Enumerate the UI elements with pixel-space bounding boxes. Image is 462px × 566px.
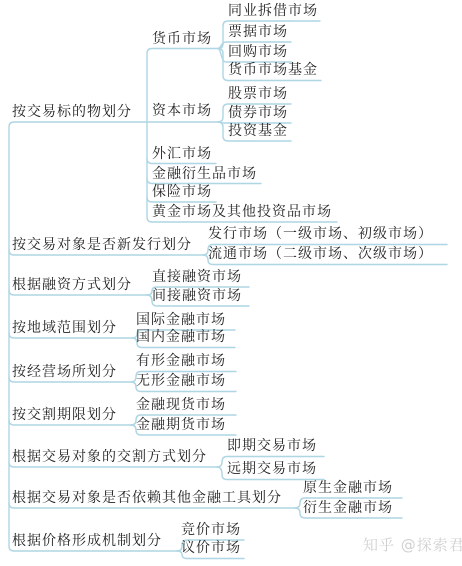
node-direct-financing-market[interactable]: 直接融资市场 [152, 270, 242, 285]
node-bill-market[interactable]: 票据市场 [228, 25, 288, 40]
zhihu-watermark: 知乎 @探索君 [363, 537, 462, 553]
node-financial-futures-market[interactable]: 金融期货市场 [136, 418, 226, 433]
node-tangible-financial-market[interactable]: 有形金融市场 [136, 354, 226, 369]
node-financial-derivatives-market[interactable]: 金融衍生品市场 [152, 167, 257, 182]
node-circulation-market[interactable]: 流通市场（二级市场、次级市场） [208, 247, 433, 262]
node-classification-by-delivery-method[interactable]: 根据交易对象的交割方式划分 [12, 450, 207, 465]
node-repo-market[interactable]: 回购市场 [228, 45, 288, 60]
node-forward-trading-market[interactable]: 远期交易市场 [227, 462, 317, 477]
node-classification-by-financing-method[interactable]: 根据融资方式划分 [12, 278, 132, 293]
node-indirect-financing-market[interactable]: 间接融资市场 [152, 289, 242, 304]
node-interbank-lending-market[interactable]: 同业拆借市场 [228, 4, 318, 19]
node-issuance-market[interactable]: 发行市场（一级市场、初级市场） [208, 227, 433, 242]
node-capital-market[interactable]: 资本市场 [152, 104, 212, 119]
node-primary-financial-market[interactable]: 原生金融市场 [303, 481, 393, 496]
node-auction-price-market[interactable]: 竞价市场 [181, 523, 241, 538]
node-stock-market[interactable]: 股票市场 [228, 87, 288, 102]
node-spot-trading-market[interactable]: 即期交易市场 [227, 439, 317, 454]
node-classification-by-instrument-dependence[interactable]: 根据交易对象是否依赖其他金融工具划分 [12, 491, 282, 506]
node-classification-by-new-issuance[interactable]: 按交易对象是否新发行划分 [12, 238, 192, 253]
node-insurance-market[interactable]: 保险市场 [152, 185, 212, 200]
node-investment-fund[interactable]: 投资基金 [228, 124, 288, 139]
node-gold-and-other-investment-market[interactable]: 黄金市场及其他投资品市场 [152, 205, 332, 220]
node-money-market[interactable]: 货币市场 [152, 32, 212, 47]
node-negotiated-price-market[interactable]: 议价市场 [181, 541, 241, 556]
node-international-financial-market[interactable]: 国际金融市场 [136, 313, 226, 328]
node-money-market-fund[interactable]: 货币市场基金 [228, 63, 318, 78]
node-classification-by-trading-object[interactable]: 按交易标的物划分 [12, 105, 132, 120]
node-financial-spot-market[interactable]: 金融现货市场 [136, 398, 226, 413]
node-intangible-financial-market[interactable]: 无形金融市场 [136, 374, 226, 389]
node-classification-by-geographic-scope[interactable]: 按地域范围划分 [12, 321, 117, 336]
mindmap-canvas: 按交易标的物划分 按交易对象是否新发行划分 根据融资方式划分 按地域范围划分 按… [0, 0, 462, 566]
node-domestic-financial-market[interactable]: 国内金融市场 [136, 330, 226, 345]
node-bond-market[interactable]: 债券市场 [228, 106, 288, 121]
node-classification-by-delivery-term[interactable]: 按交割期限划分 [12, 408, 117, 423]
node-classification-by-business-premises[interactable]: 按经营场所划分 [12, 365, 117, 380]
node-foreign-exchange-market[interactable]: 外汇市场 [152, 147, 212, 162]
node-derivative-financial-market[interactable]: 衍生金融市场 [303, 501, 393, 516]
node-classification-by-price-formation[interactable]: 根据价格形成机制划分 [12, 534, 162, 549]
